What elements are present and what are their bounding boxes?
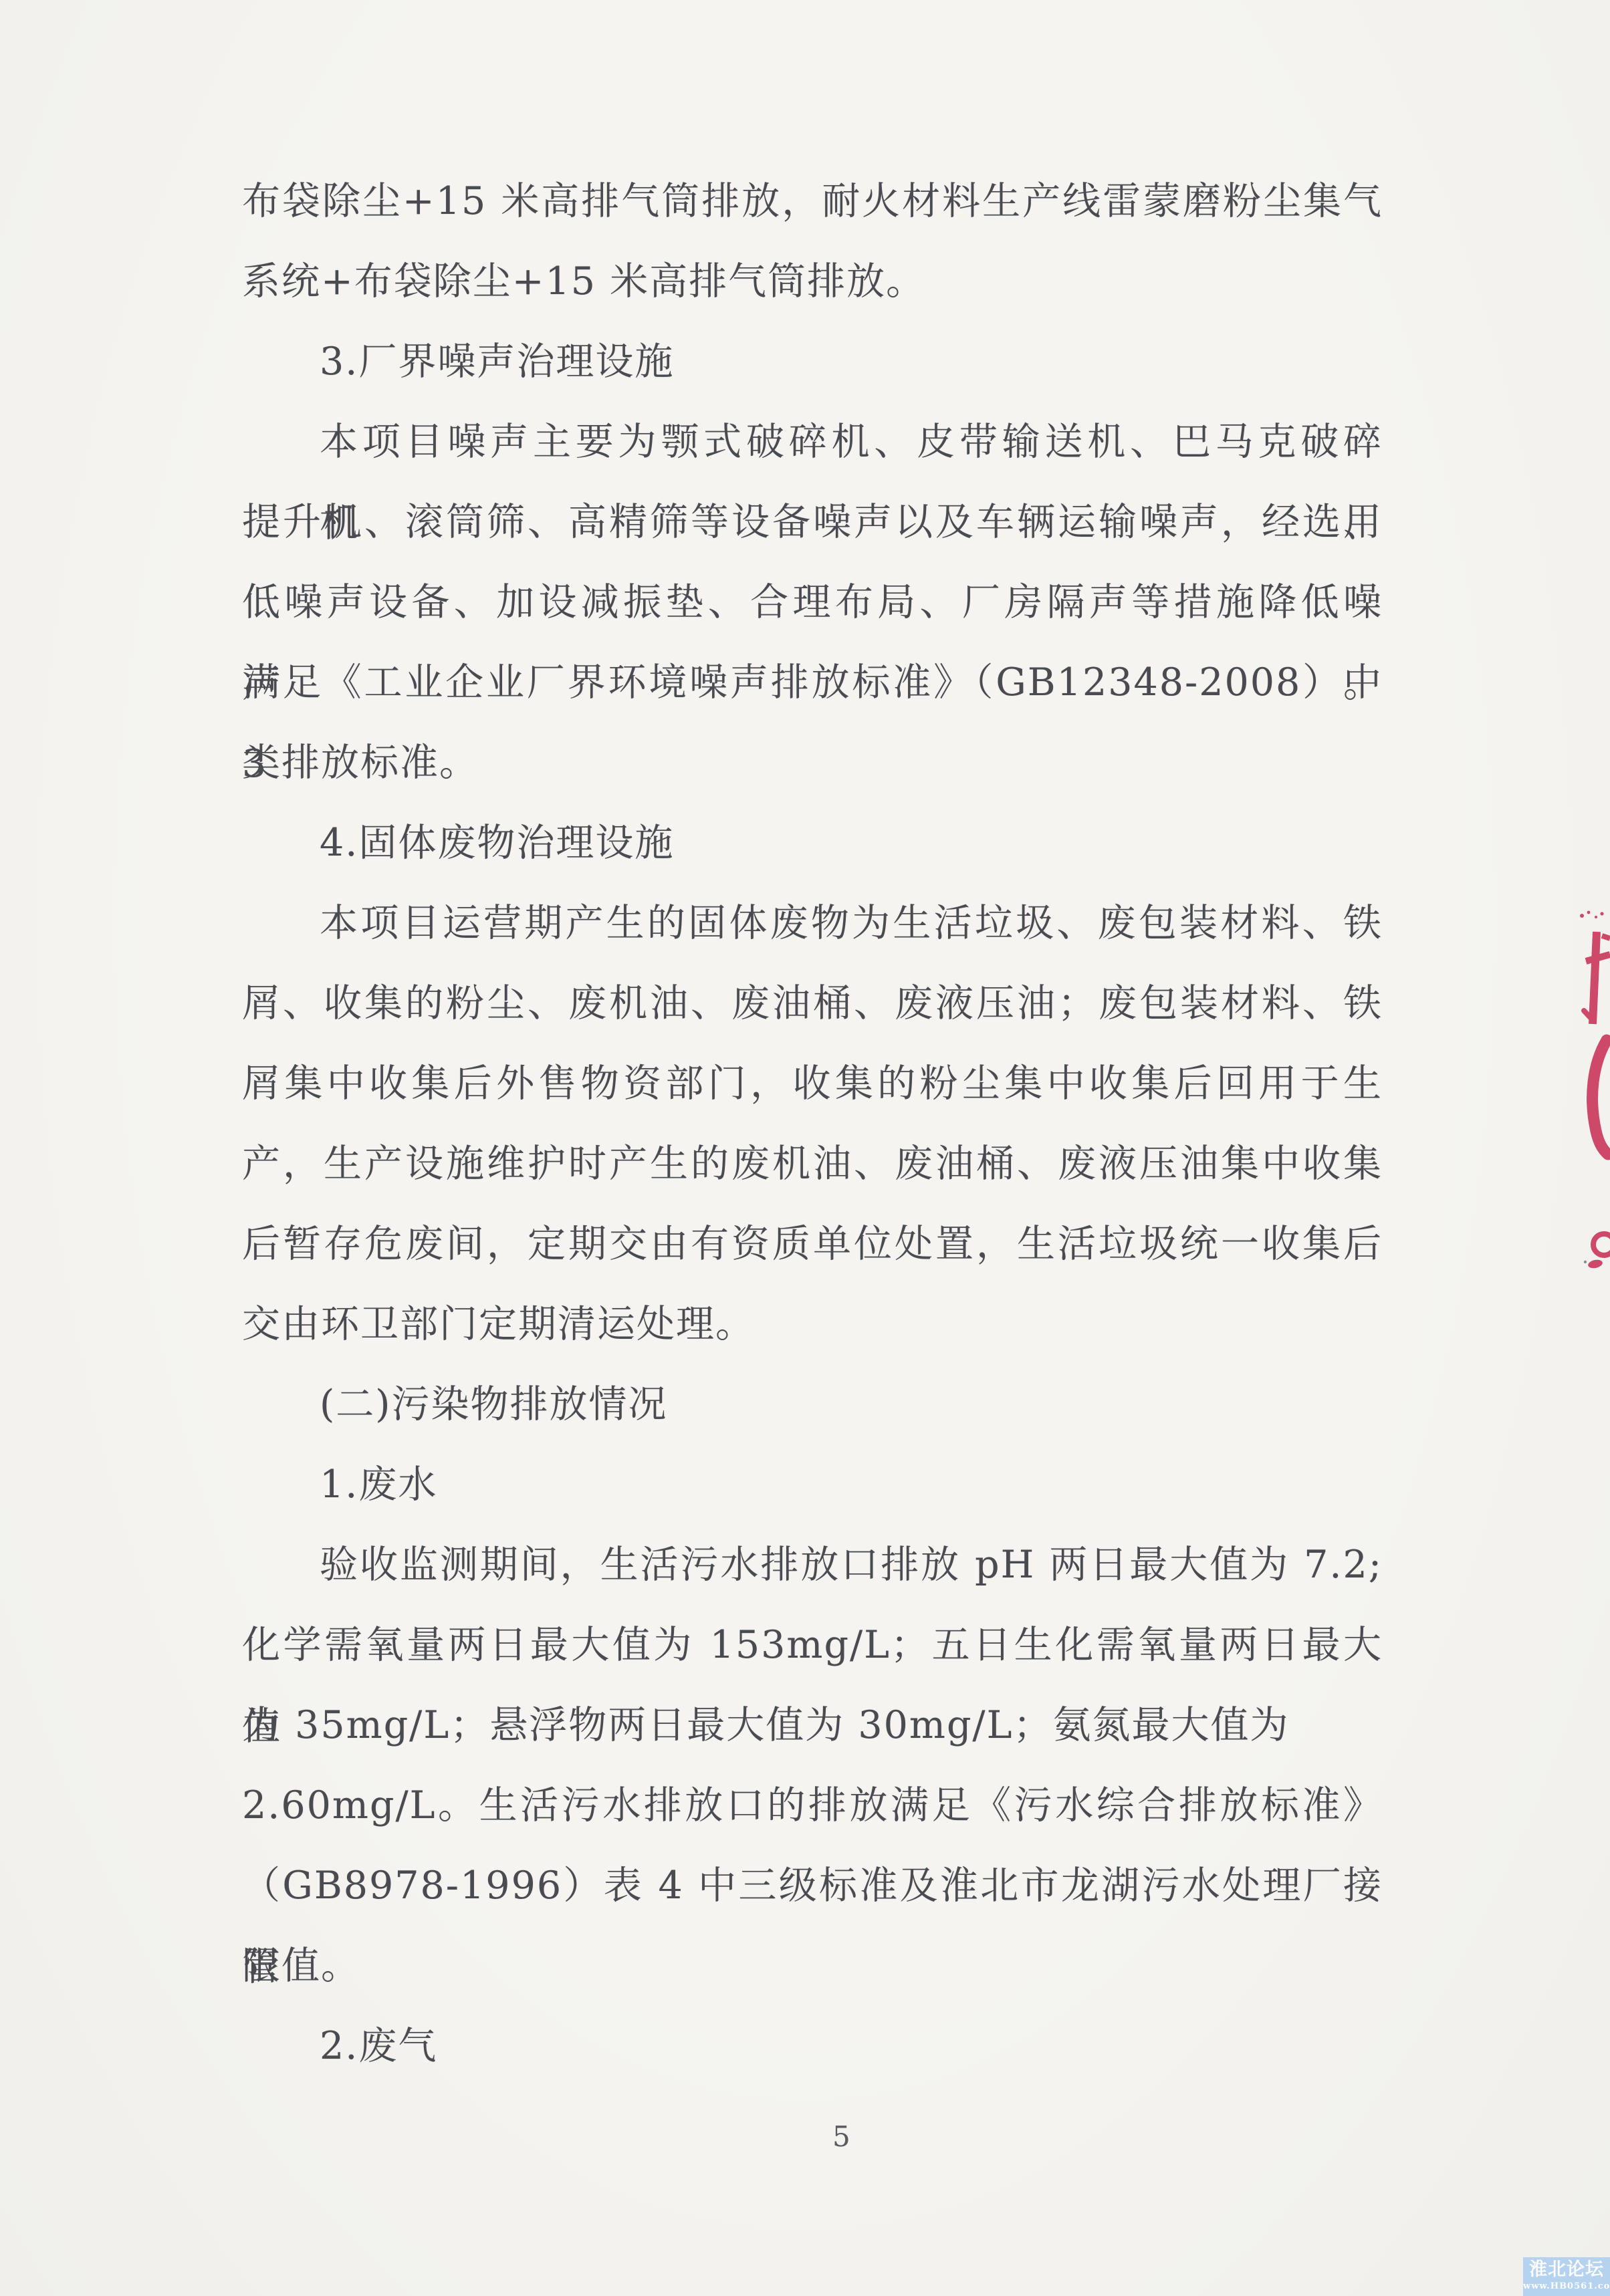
document-line: 验收监测期间，生活污水排放口排放 pH 两日最大值为 7.2; xyxy=(242,1524,1383,1604)
document-line: 屑、收集的粉尘、废机油、废油桶、废液压油；废包装材料、铁 xyxy=(242,963,1383,1043)
document-line: 本项目噪声主要为颚式破碎机、皮带输送机、巴马克破碎机、 xyxy=(242,401,1383,481)
forum-watermark: 淮北论坛 www.HB0561.com xyxy=(1523,2257,1610,2296)
document-line: 提升机、滚筒筛、高精筛等设备噪声以及车辆运输噪声，经选用 xyxy=(242,481,1383,561)
document-line: 类排放标准。 xyxy=(242,722,1383,802)
document-line: 后暂存危废间，定期交由有资质单位处置，生活垃圾统一收集后 xyxy=(242,1203,1383,1283)
document-line: 为 35mg/L；悬浮物两日最大值为 30mg/L；氨氮最大值为 xyxy=(242,1684,1383,1765)
document-line: 低噪声设备、加设减振垫、合理布局、厂房隔声等措施降低噪声。 xyxy=(242,561,1383,642)
document-line: 本项目运营期产生的固体废物为生活垃圾、废包装材料、铁 xyxy=(242,882,1383,963)
document-line: 产，生产设施维护时产生的废机油、废油桶、废液压油集中收集 xyxy=(242,1123,1383,1203)
document-line: 交由环卫部门定期清运处理。 xyxy=(242,1283,1383,1364)
document-line: 限值。 xyxy=(242,1925,1383,2005)
watermark-site-name: 淮北论坛 xyxy=(1523,2258,1610,2281)
document-line: 3.厂界噪声治理设施 xyxy=(242,321,1383,401)
document-line: 屑集中收集后外售物资部门，收集的粉尘集中收集后回用于生 xyxy=(242,1043,1383,1123)
red-seal-fragment-icon xyxy=(1562,896,1610,1310)
document-line: 系统+布袋除尘+15 米高排气筒排放。 xyxy=(242,241,1383,321)
document-line: 化学需氧量两日最大值为 153mg/L；五日生化需氧量两日最大值 xyxy=(242,1604,1383,1684)
watermark-site-url: www.HB0561.com xyxy=(1523,2281,1610,2291)
document-line: (二)污染物排放情况 xyxy=(242,1364,1383,1444)
document-line: 4.固体废物治理设施 xyxy=(242,802,1383,882)
document-line: 2.废气 xyxy=(242,2005,1383,2085)
document-line: 满足《工业企业厂界环境噪声排放标准》（GB12348-2008）中 3 xyxy=(242,642,1383,722)
text-block: 布袋除尘+15 米高排气筒排放，耐火材料生产线雷蒙磨粉尘集气 系统+布袋除尘+1… xyxy=(242,160,1383,2085)
document-line: 2.60mg/L。生活污水排放口的排放满足《污水综合排放标准》 xyxy=(242,1765,1383,1845)
scanned-document-page: 布袋除尘+15 米高排气筒排放，耐火材料生产线雷蒙磨粉尘集气 系统+布袋除尘+1… xyxy=(0,0,1610,2296)
document-line: （GB8978-1996）表 4 中三级标准及淮北市龙湖污水处理厂接管 xyxy=(242,1845,1383,1925)
document-line: 1.废水 xyxy=(242,1444,1383,1524)
page-number: 5 xyxy=(832,2120,850,2153)
document-line: 布袋除尘+15 米高排气筒排放，耐火材料生产线雷蒙磨粉尘集气 xyxy=(242,160,1383,241)
